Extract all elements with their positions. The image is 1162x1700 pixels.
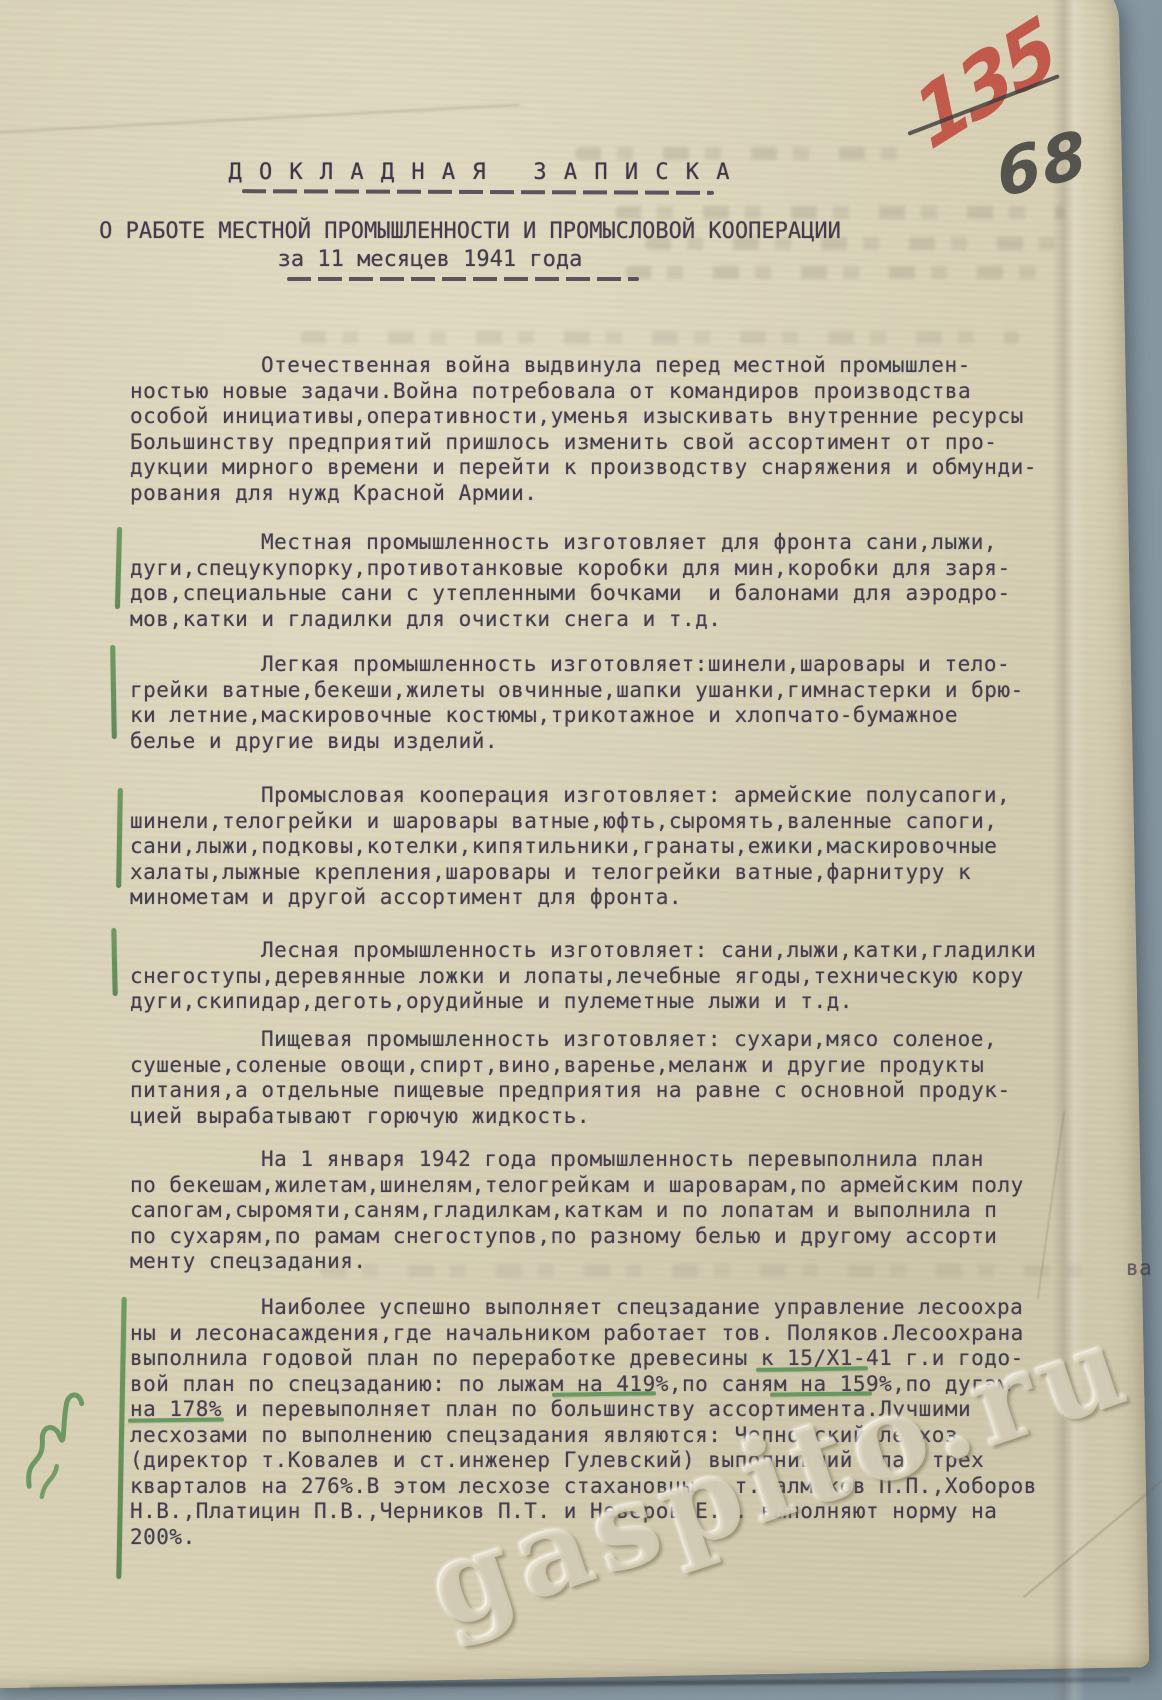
green-underline (756, 1366, 868, 1372)
green-underline (552, 1391, 656, 1396)
green-margin-stroke (115, 527, 122, 609)
archival-scan: { "document": { "handwritten": { "crosse… (0, 0, 1162, 1700)
green-underline (128, 1417, 224, 1422)
green-margin-stroke (111, 928, 117, 996)
green-margin-stroke (116, 788, 123, 888)
green-margin-stroke (110, 645, 117, 739)
